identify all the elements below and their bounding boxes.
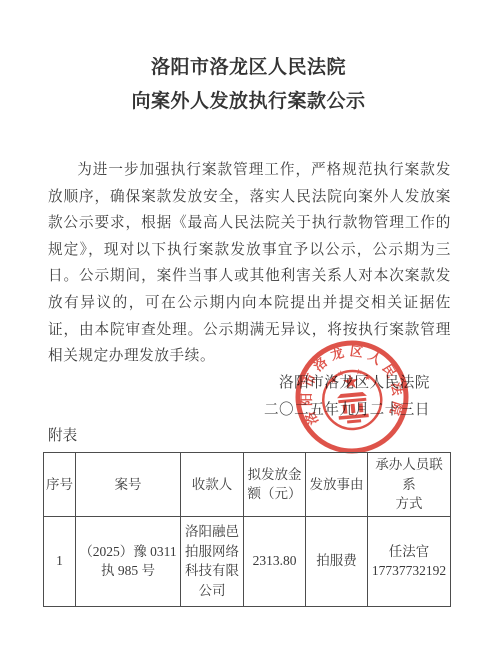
header-amount: 拟发放金 额（元） xyxy=(244,453,306,517)
cell-reason: 拍服费 xyxy=(306,516,368,606)
header-payee: 收款人 xyxy=(181,453,244,517)
announcement-body: 为进一步加强执行案款管理工作，严格规范执行案款发放顺序，确保案款发放安全，落实人… xyxy=(48,157,451,370)
attachment-table-label: 附表 xyxy=(48,424,77,445)
table-header-row: 序号 案号 收款人 拟发放金 额（元） 发放事由 承办人员联系 方式 xyxy=(44,453,451,517)
court-announcement-page: 洛阳市洛龙区人民法院 向案外人发放执行案款公示 为进一步加强执行案款管理工作，严… xyxy=(0,0,497,650)
header-contact: 承办人员联系 方式 xyxy=(368,453,451,517)
cell-contact: 任法官 17737732192 xyxy=(368,516,451,606)
court-name-title: 洛阳市洛龙区人民法院 xyxy=(0,52,497,79)
signature-date: 二〇二五年九月二十三日 xyxy=(264,398,430,419)
signature-court-name: 洛阳市洛龙区人民法院 xyxy=(279,371,430,392)
header-reason: 发放事由 xyxy=(306,453,368,517)
header-serial-number: 序号 xyxy=(44,453,76,517)
announcement-title: 向案外人发放执行案款公示 xyxy=(0,86,497,113)
cell-serial-number: 1 xyxy=(44,516,76,606)
fund-distribution-table: 序号 案号 收款人 拟发放金 额（元） 发放事由 承办人员联系 方式 1 （20… xyxy=(43,452,451,607)
header-case-number: 案号 xyxy=(76,453,181,517)
cell-payee: 洛阳融邑 拍服网络 科技有限 公司 xyxy=(181,516,244,606)
cell-case-number: （2025）豫 0311 执 985 号 xyxy=(76,516,181,606)
cell-amount: 2313.80 xyxy=(244,516,306,606)
table-row: 1 （2025）豫 0311 执 985 号 洛阳融邑 拍服网络 科技有限 公司… xyxy=(44,516,451,606)
